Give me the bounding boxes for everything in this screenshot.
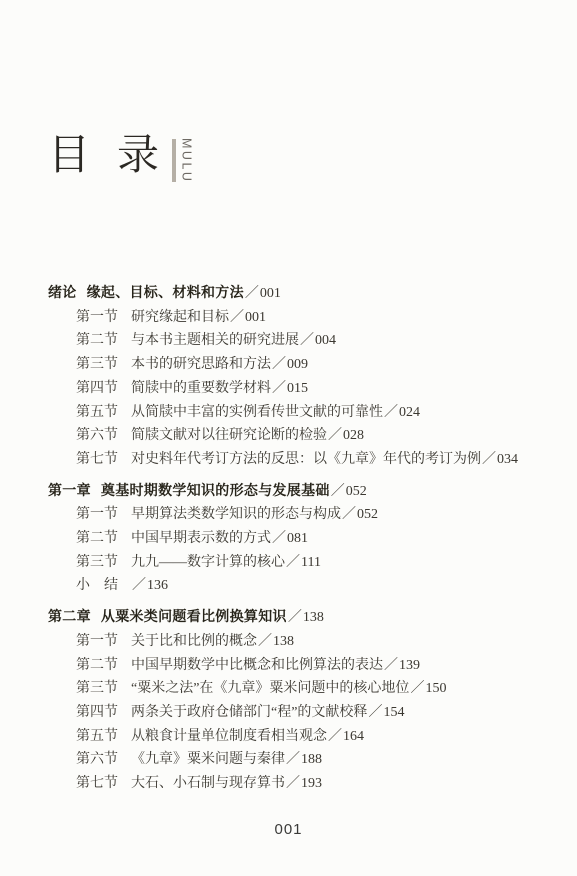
entry-page-number: 052 xyxy=(346,484,367,499)
entry-label: 绪论 xyxy=(48,284,77,300)
toc-entry: 第四节两条关于政府仓储部门“程”的文献校释／154 xyxy=(76,701,548,725)
entry-page-number: 001 xyxy=(260,286,281,301)
toc-entry: 第五节从简牍中丰富的实例看传世文献的可靠性／024 xyxy=(76,401,548,425)
entry-label: 第四节 xyxy=(76,705,118,720)
entry-separator: ／ xyxy=(132,578,146,593)
entry-label: 第二节 xyxy=(76,531,118,546)
entry-page-number: 136 xyxy=(147,578,168,593)
title-char: 目 xyxy=(48,134,90,178)
entry-title: 九九——数字计算的核心 xyxy=(131,555,285,570)
toc-entry: 第二节中国早期表示数的方式／081 xyxy=(76,527,548,551)
entry-title: 关于比和比例的概念 xyxy=(131,634,257,649)
toc-page: 目录 MULU 绪论缘起、目标、材料和方法／001第一节研究缘起和目标／001第… xyxy=(0,0,577,876)
entry-title: 简牍中的重要数学材料 xyxy=(131,381,271,396)
entry-separator: ／ xyxy=(272,531,286,546)
entry-label: 第一节 xyxy=(76,310,118,325)
toc-entry: 第六节简牍文献对以往研究论断的检验／028 xyxy=(76,424,548,448)
entry-label: 第二章 xyxy=(48,608,91,624)
entry-label: 第七节 xyxy=(76,776,118,791)
entry-page-number: 138 xyxy=(273,634,294,649)
entry-page-number: 139 xyxy=(399,658,420,673)
toc-entry: 第一节研究缘起和目标／001 xyxy=(76,306,548,330)
toc-entry: 第三节本书的研究思路和方法／009 xyxy=(76,353,548,377)
page-header: 目录 MULU xyxy=(48,134,193,183)
entry-page-number: 024 xyxy=(399,405,420,420)
entry-label: 第三节 xyxy=(76,555,118,570)
entry-title: 研究缘起和目标 xyxy=(131,310,229,325)
entry-separator: ／ xyxy=(328,729,342,744)
entry-separator: ／ xyxy=(286,752,300,767)
entry-page-number: 015 xyxy=(287,381,308,396)
entry-separator: ／ xyxy=(410,681,424,696)
entry-separator: ／ xyxy=(331,484,345,499)
entry-label: 第五节 xyxy=(76,405,118,420)
entry-title: 从粟米类问题看比例换算知识 xyxy=(101,608,287,624)
entry-title: 缘起、目标、材料和方法 xyxy=(87,284,244,300)
toc-entry: 第二节中国早期数学中比概念和比例算法的表达／139 xyxy=(76,654,548,678)
entry-page-number: 052 xyxy=(357,507,378,522)
entry-separator: ／ xyxy=(342,507,356,522)
toc-entry: 第四节简牍中的重要数学材料／015 xyxy=(76,377,548,401)
entry-page-number: 111 xyxy=(301,555,321,570)
entry-title: 大石、小石制与现存算书 xyxy=(131,776,285,791)
entry-page-number: 028 xyxy=(343,428,364,443)
toc-entry: 第五节从粮食计量单位制度看相当观念／164 xyxy=(76,725,548,749)
entry-page-number: 081 xyxy=(287,531,308,546)
entry-separator: ／ xyxy=(245,286,259,301)
entry-title: 从粮食计量单位制度看相当观念 xyxy=(131,729,327,744)
entry-separator: ／ xyxy=(384,658,398,673)
entry-page-number: 164 xyxy=(343,729,364,744)
toc-entry: 小 结／136 xyxy=(76,574,548,598)
entry-separator: ／ xyxy=(384,405,398,420)
entry-page-number: 138 xyxy=(303,610,324,625)
toc-entry: 第一节关于比和比例的概念／138 xyxy=(76,630,548,654)
entry-title: 《九章》粟米问题与秦律 xyxy=(131,752,285,767)
toc-entry: 第二节与本书主题相关的研究进展／004 xyxy=(76,329,548,353)
entry-separator: ／ xyxy=(286,555,300,570)
entry-page-number: 193 xyxy=(301,776,322,791)
toc-entry: 绪论缘起、目标、材料和方法／001 xyxy=(48,281,548,306)
entry-page-number: 004 xyxy=(315,333,336,348)
entry-separator: ／ xyxy=(286,776,300,791)
entry-separator: ／ xyxy=(368,705,382,720)
entry-separator: ／ xyxy=(328,428,342,443)
title-divider-bar xyxy=(172,139,176,182)
entry-label: 第一节 xyxy=(76,507,118,522)
entry-label: 小 结 xyxy=(76,578,118,593)
entry-separator: ／ xyxy=(300,333,314,348)
toc-entry: 第六节《九章》粟米问题与秦律／188 xyxy=(76,748,548,772)
entry-page-number: 188 xyxy=(301,752,322,767)
entry-title: 奠基时期数学知识的形态与发展基础 xyxy=(101,482,330,498)
entry-page-number: 009 xyxy=(287,357,308,372)
entry-label: 第四节 xyxy=(76,381,118,396)
entry-separator: ／ xyxy=(272,381,286,396)
entry-title: 与本书主题相关的研究进展 xyxy=(131,333,299,348)
entry-title: 早期算法类数学知识的形态与构成 xyxy=(131,507,341,522)
entry-label: 第二节 xyxy=(76,333,118,348)
entry-label: 第一节 xyxy=(76,634,118,649)
toc-entry: 第一节早期算法类数学知识的形态与构成／052 xyxy=(76,503,548,527)
toc-entry: 第七节对史料年代考订方法的反思：以《九章》年代的考订为例／034 xyxy=(76,448,548,472)
entry-page-number: 150 xyxy=(425,681,446,696)
entry-title: “粟米之法”在《九章》粟米问题中的核心地位 xyxy=(131,681,409,696)
entry-title: 从简牍中丰富的实例看传世文献的可靠性 xyxy=(131,405,383,420)
toc-entry: 第三节九九——数字计算的核心／111 xyxy=(76,551,548,575)
title-char: 录 xyxy=(117,134,159,178)
entry-label: 第七节 xyxy=(76,452,118,467)
entry-label: 第六节 xyxy=(76,752,118,767)
title-pinyin-label: MULU xyxy=(180,138,193,183)
page-title: 目录 xyxy=(48,134,159,178)
entry-title: 中国早期表示数的方式 xyxy=(131,531,271,546)
entry-title: 简牍文献对以往研究论断的检验 xyxy=(131,428,327,443)
entry-label: 第三节 xyxy=(76,357,118,372)
entry-separator: ／ xyxy=(272,357,286,372)
entry-page-number: 034 xyxy=(497,452,518,467)
toc-entry: 第七节大石、小石制与现存算书／193 xyxy=(76,772,548,796)
entry-title: 对史料年代考订方法的反思：以《九章》年代的考订为例 xyxy=(131,452,481,467)
entry-label: 第一章 xyxy=(48,482,91,498)
entry-label: 第三节 xyxy=(76,681,118,696)
entry-separator: ／ xyxy=(258,634,272,649)
entry-title: 本书的研究思路和方法 xyxy=(131,357,271,372)
entry-label: 第六节 xyxy=(76,428,118,443)
entry-label: 第五节 xyxy=(76,729,118,744)
entry-separator: ／ xyxy=(230,310,244,325)
entry-label: 第二节 xyxy=(76,658,118,673)
entry-title: 两条关于政府仓储部门“程”的文献校释 xyxy=(131,705,367,720)
toc-list: 绪论缘起、目标、材料和方法／001第一节研究缘起和目标／001第二节与本书主题相… xyxy=(48,281,548,796)
entry-title: 中国早期数学中比概念和比例算法的表达 xyxy=(131,658,383,673)
folio-page-number: 001 xyxy=(0,821,577,838)
toc-entry: 第一章奠基时期数学知识的形态与发展基础／052 xyxy=(48,479,548,504)
entry-separator: ／ xyxy=(288,610,302,625)
toc-entry: 第三节“粟米之法”在《九章》粟米问题中的核心地位／150 xyxy=(76,677,548,701)
entry-separator: ／ xyxy=(482,452,496,467)
entry-page-number: 001 xyxy=(245,310,266,325)
toc-entry: 第二章从粟米类问题看比例换算知识／138 xyxy=(48,605,548,630)
entry-page-number: 154 xyxy=(383,705,404,720)
